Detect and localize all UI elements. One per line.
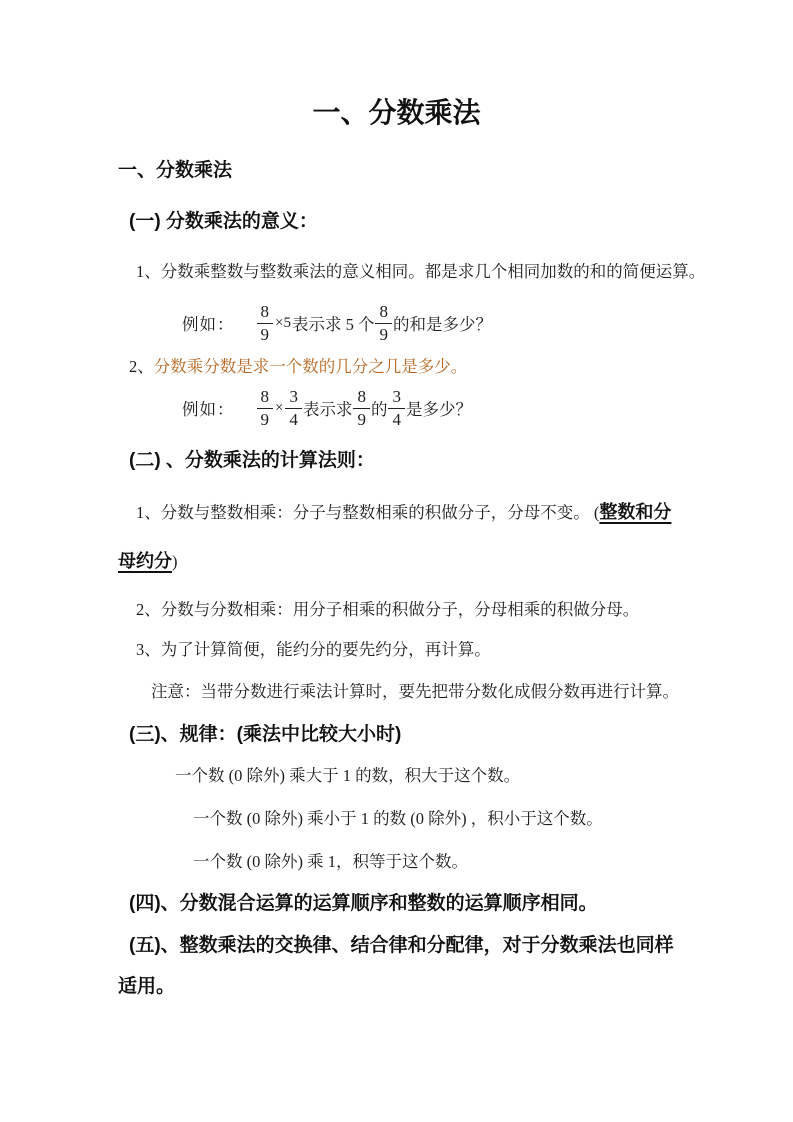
example-2-of-text: 的 xyxy=(371,396,388,420)
sec2-item1-line2: 母约分) xyxy=(118,548,793,575)
fraction-8-9: 8 9 xyxy=(257,302,274,344)
sec2-note: 注意：当带分数进行乘法计算时，要先把带分数化成假分数再进行计算。 xyxy=(151,681,793,703)
times-operator: × xyxy=(274,400,284,417)
sec2-item3: 3、为了计算简便，能约分的要先约分，再计算。 xyxy=(136,639,793,661)
fraction-8-9: 8 9 xyxy=(353,387,370,429)
heading-sec2-calculation-rules: (二) 、分数乘法的计算法则： xyxy=(129,447,793,474)
sec2-item1-underlined-a: 整数和分 xyxy=(599,502,671,522)
times-5-operator: ×5 xyxy=(274,315,292,332)
fraction-8-9: 8 9 xyxy=(375,302,392,344)
fraction-denominator: 9 xyxy=(257,324,274,345)
sec2-item1-close-paren: ) xyxy=(172,552,178,571)
fraction-denominator: 4 xyxy=(285,409,302,430)
document-page: 一、分数乘法 一、分数乘法 (一) 分数乘法的意义： 1、分数乘整数与整数乘法的… xyxy=(0,0,793,1122)
sec1-item2-highlighted-text: 分数乘分数是求一个数的几分之几是多少。 xyxy=(154,357,468,376)
fraction-numerator: 8 xyxy=(375,302,392,324)
fraction-denominator: 9 xyxy=(353,409,370,430)
heading-sec4-mixed-operations: (四)、分数混合运算的运算顺序和整数的运算顺序相同。 xyxy=(129,890,793,917)
fraction-3-4: 3 4 xyxy=(388,387,405,429)
heading-fraction-multiplication: 一、分数乘法 xyxy=(118,158,793,184)
heading-sec5-laws-line1: (五)、整数乘法的交换律、结合律和分配律，对于分数乘法也同样 xyxy=(129,932,793,959)
example-2-label: 例如： xyxy=(182,396,235,420)
sec2-item1-text: 1、分数与整数相乘：分子与整数相乘的积做分子，分母不变。 ( xyxy=(136,503,599,522)
example-2-tail-text: 是多少？ xyxy=(406,396,472,420)
fraction-numerator: 8 xyxy=(353,387,370,409)
fraction-numerator: 8 xyxy=(257,302,274,324)
sec1-item2: 2、分数乘分数是求一个数的几分之几是多少。 xyxy=(129,356,793,378)
fraction-8-9: 8 9 xyxy=(257,387,274,429)
example-1-tail-text: 的和是多少？ xyxy=(393,311,492,335)
fraction-denominator: 9 xyxy=(375,324,392,345)
fraction-denominator: 4 xyxy=(388,409,405,430)
example-2: 例如： 8 9 × 3 4 表示求 8 9 的 3 4 是多少？ xyxy=(182,384,793,432)
fraction-numerator: 3 xyxy=(285,387,302,409)
example-1-label: 例如： xyxy=(182,311,235,335)
sec2-item1-underlined-b: 母约分 xyxy=(118,551,172,571)
example-1-mid-text: 表示求 5 个 xyxy=(292,311,375,335)
sec3-rule1: 一个数 (0 除外) 乘大于 1 的数，积大于这个数。 xyxy=(175,765,793,787)
sec1-item1: 1、分数乘整数与整数乘法的意义相同。都是求几个相同加数的和的简便运算。 xyxy=(136,261,793,283)
fraction-denominator: 9 xyxy=(257,409,274,430)
fraction-3-4: 3 4 xyxy=(285,387,302,429)
document-title: 一、分数乘法 xyxy=(0,0,793,130)
sec3-rule2: 一个数 (0 除外) 乘小于 1 的数 (0 除外) ，积小于这个数。 xyxy=(193,808,793,830)
heading-sec5-laws-line2: 适用。 xyxy=(118,973,793,1000)
fraction-numerator: 3 xyxy=(388,387,405,409)
fraction-numerator: 8 xyxy=(257,387,274,409)
example-1: 例如： 8 9 ×5 表示求 5 个 8 9 的和是多少？ xyxy=(182,299,793,347)
sec2-item2: 2、分数与分数相乘：用分子相乘的积做分子，分母相乘的积做分母。 xyxy=(136,599,793,621)
sec3-rule3: 一个数 (0 除外) 乘 1，积等于这个数。 xyxy=(193,851,793,873)
heading-sec1-meaning: (一) 分数乘法的意义： xyxy=(129,208,793,235)
example-2-mid-text: 表示求 xyxy=(303,396,353,420)
heading-sec3-rules: (三)、规律：(乘法中比较大小时) xyxy=(129,721,793,748)
sec1-item2-number: 2、 xyxy=(129,357,154,376)
sec2-item1-line1: 1、分数与整数相乘：分子与整数相乘的积做分子，分母不变。 (整数和分 xyxy=(136,501,793,524)
